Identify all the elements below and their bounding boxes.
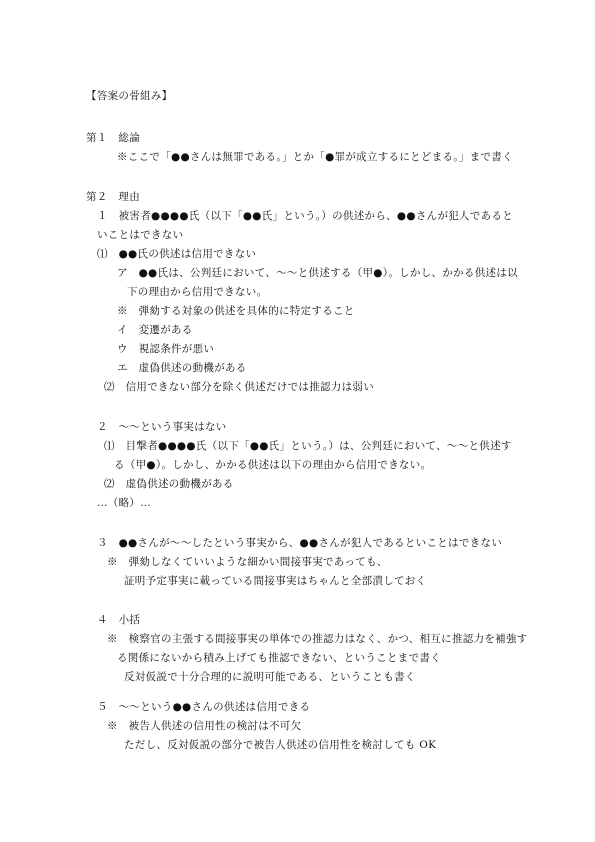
text-line: 第１ 総論 — [86, 131, 140, 145]
text-line: 証明予定事実に載っている間接事実はちゃんと全部潰しておく — [124, 574, 426, 588]
text-line: ⑴ 目撃者●●●●氏（以下「●●氏」という。）は、公判廷において、〜〜と供述す — [104, 439, 512, 453]
text-line: ２ 〜〜という事実はない — [97, 420, 227, 434]
text-line: ⑵ 信用できない部分を除く供述だけでは推認力は弱い — [104, 380, 374, 394]
text-line: る関係にないから積み上げても推認できない、ということまで書く — [117, 651, 441, 665]
text-line: ※ 弾劾する対象の供述を具体的に特定すること — [117, 304, 355, 318]
text-line: ⑴ ●●氏の供述は信用できない — [97, 247, 256, 261]
text-line: エ 虚偽供述の動機がある — [117, 361, 247, 375]
text-line: ⑵ 虚偽供述の動機がある — [104, 477, 234, 491]
text-line: ５ 〜〜という●●さんの供述は信用できる — [97, 700, 310, 714]
text-line: １ 被害者●●●●氏（以下「●●氏」という。）の供述から、●●さんが犯人であると — [97, 209, 513, 223]
text-line: いことはできない — [97, 228, 183, 242]
text-line: 第２ 理由 — [86, 190, 140, 204]
text-line: ※ここで「●●さんは無罪である。」とか「●罪が成立するにとどまる。」まで書く — [117, 150, 513, 164]
document-heading: 【答案の骨組み】 — [86, 89, 172, 103]
text-line: ３ ●●さんが〜〜したという事実から、●●さんが犯人であるといことはできない — [97, 536, 502, 550]
text-line: ※ 被告人供述の信用性の検討は不可欠 — [107, 719, 301, 733]
text-line: ※ 弾劾しなくていいような細かい間接事実であっても、 — [107, 555, 388, 569]
text-line: ただし、反対仮説の部分で被告人供述の信用性を検討しても OK — [124, 738, 436, 752]
text-line: …（略）… — [97, 496, 151, 510]
text-line: 反対仮説で十分合理的に説明可能である、ということも書く — [124, 670, 416, 684]
text-line: る（甲●）。しかし、かかる供述は以下の理由から信用できない。 — [114, 458, 431, 472]
text-line: ウ 視認条件が悪い — [117, 342, 214, 356]
text-line: 下の理由から信用できない。 — [127, 285, 267, 299]
text-line: ４ 小括 — [97, 613, 140, 627]
text-line: ※ 検察官の主張する間接事実の単体での推認力はなく、かつ、相互に推認力を補強す — [107, 632, 528, 646]
text-line: イ 変遷がある — [117, 323, 193, 337]
text-line: ア ●●氏は、公判廷において、〜〜と供述する（甲●）。しかし、かかる供述は以 — [117, 266, 518, 280]
